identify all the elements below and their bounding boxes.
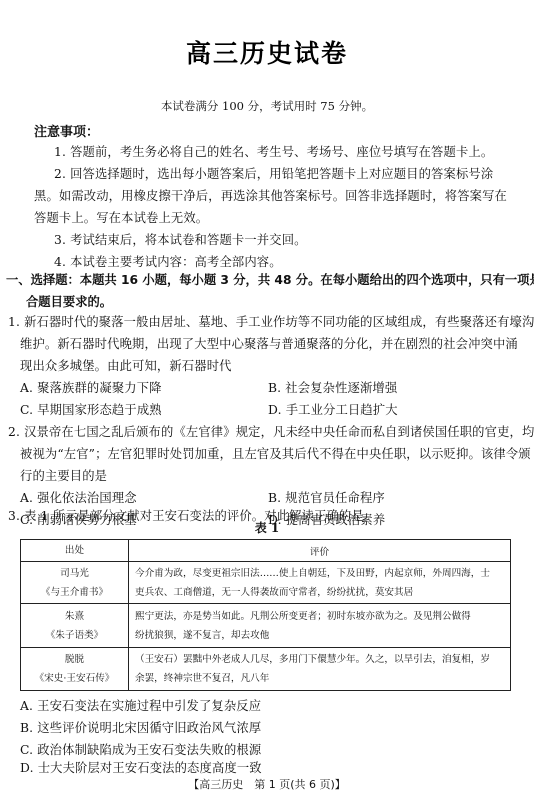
question-stem-line: 现出众多城堡。由此可知，新石器时代 <box>20 356 232 374</box>
option-d: D. 手工业分工日趋扩大 <box>268 400 398 418</box>
notice-line-5: 3. 考试结束后，将本试卷和答题卡一并交回。 <box>54 230 307 248</box>
option-c: C. 政治体制缺陷成为王安石变法失败的根源 <box>20 740 261 758</box>
question-stem-line: 行的主要目的是 <box>20 466 107 484</box>
table-cell-evaluation: 熙宁更法，亦是势当如此。凡荆公所变更者；初时东坡亦欲为之。及见荆公做得 <box>135 607 504 626</box>
page-title: 高三历史试卷 <box>0 34 534 70</box>
question-stem-line: 被视为“左官”；左官犯罪时处罚加重，且左官及其后代不得在中央任职，以示贬抑。该律… <box>20 444 531 462</box>
notice-line-3: 黑。如需改动，用橡皮擦干净后，再选涂其他答案标号。回答非选择题时，将答案写在 <box>34 186 507 204</box>
notice-line-1: 1. 答题前，考生务必将自己的姓名、考生号、考场号、座位号填写在答题卡上。 <box>54 142 493 160</box>
option-a: A. 聚落族群的凝聚力下降 <box>20 378 162 396</box>
notice-line-4: 答题卡上。写在本试卷上无效。 <box>34 208 208 226</box>
table-cell-author: 朱熹 <box>27 607 122 626</box>
exam-info: 本试卷满分 100 分，考试用时 75 分钟。 <box>0 98 534 114</box>
table-cell-work: 《宋史·王安石传》 <box>27 669 122 688</box>
table-cell-author: 脱脱 <box>27 650 122 669</box>
option-a: A. 强化依法治国理念 <box>20 488 137 506</box>
table-cell-evaluation: 今介甫为政，尽变更祖宗旧法……使上自朝廷，下及田野，内起京师，外周四海，士 <box>135 564 504 583</box>
question-stem-line: 1. 新石器时代的聚落一般由居址、墓地、手工业作坊等不同功能的区域组成，有些聚落… <box>8 312 534 330</box>
table-row: 朱熹 《朱子语类》 熙宁更法，亦是势当如此。凡荆公所变更者；初时东坡亦欲为之。及… <box>21 604 511 648</box>
table-row: 脱脱 《宋史·王安石传》 （王安石）罢黜中外老成人几尽，多用门下儇慧少年。久之，… <box>21 648 511 691</box>
option-b: B. 这些评价说明北宋因循守旧政治风气浓厚 <box>20 718 261 736</box>
option-d: D. 士大夫阶层对王安石变法的态度高度一致 <box>20 758 262 776</box>
table-header-row: 出处 评价 <box>21 540 511 562</box>
table-header-source: 出处 <box>21 540 129 562</box>
table-header-evaluation: 评价 <box>129 540 511 562</box>
table-cell-author: 司马光 <box>27 564 122 583</box>
question-stem-line: 维护。新石器时代晚期，出现了大型中心聚落与普通聚落的分化，并在剧烈的社会冲突中涌 <box>20 334 518 352</box>
section-heading: 一、选择题：本题共 16 小题，每小题 3 分，共 48 分。在每小题给出的四个… <box>6 270 534 288</box>
option-a: A. 王安石变法在实施过程中引发了复杂反应 <box>20 696 261 714</box>
option-b: B. 规范官员任命程序 <box>268 488 385 506</box>
table-cell-work: 《朱子语类》 <box>27 626 122 645</box>
table-cell-evaluation: 吏兵农、工商僧道，无一人得袭故而守常者，纷纷扰扰，莫安其居 <box>135 583 504 602</box>
notice-line-6: 4. 本试卷主要考试内容：高考全部内容。 <box>54 252 282 270</box>
option-b: B. 社会复杂性逐渐增强 <box>268 378 397 396</box>
notice-heading: 注意事项： <box>34 121 99 140</box>
table-cell-evaluation: （王安石）罢黜中外老成人几尽，多用门下儇慧少年。久之，以旱引去，洎复相，岁 <box>135 650 504 669</box>
evaluation-table: 出处 评价 司马光 《与王介甫书》 今介甫为政，尽变更祖宗旧法……使上自朝廷，下… <box>20 539 511 691</box>
section-heading-cont: 合题目要求的。 <box>26 292 112 310</box>
page-footer: 【高三历史 第 1 页(共 6 页)】 <box>0 776 534 792</box>
table-cell-evaluation: 余罢，终神宗世不复召，凡八年 <box>135 669 504 688</box>
table-caption: 表 1 <box>0 519 534 536</box>
notice-line-2: 2. 回答选择题时，选出每小题答案后，用铅笔把答题卡上对应题目的答案标号涂 <box>54 164 493 182</box>
option-c: C. 早期国家形态趋于成熟 <box>20 400 162 418</box>
question-stem-line: 2. 汉景帝在七国之乱后颁布的《左官律》规定，凡未经中央任命而私自到诸侯国任职的… <box>8 422 534 440</box>
table-row: 司马光 《与王介甫书》 今介甫为政，尽变更祖宗旧法……使上自朝廷，下及田野，内起… <box>21 562 511 604</box>
table-cell-work: 《与王介甫书》 <box>27 583 122 602</box>
table-cell-evaluation: 纷扰狼狈，遂不复言，却去攻他 <box>135 626 504 645</box>
